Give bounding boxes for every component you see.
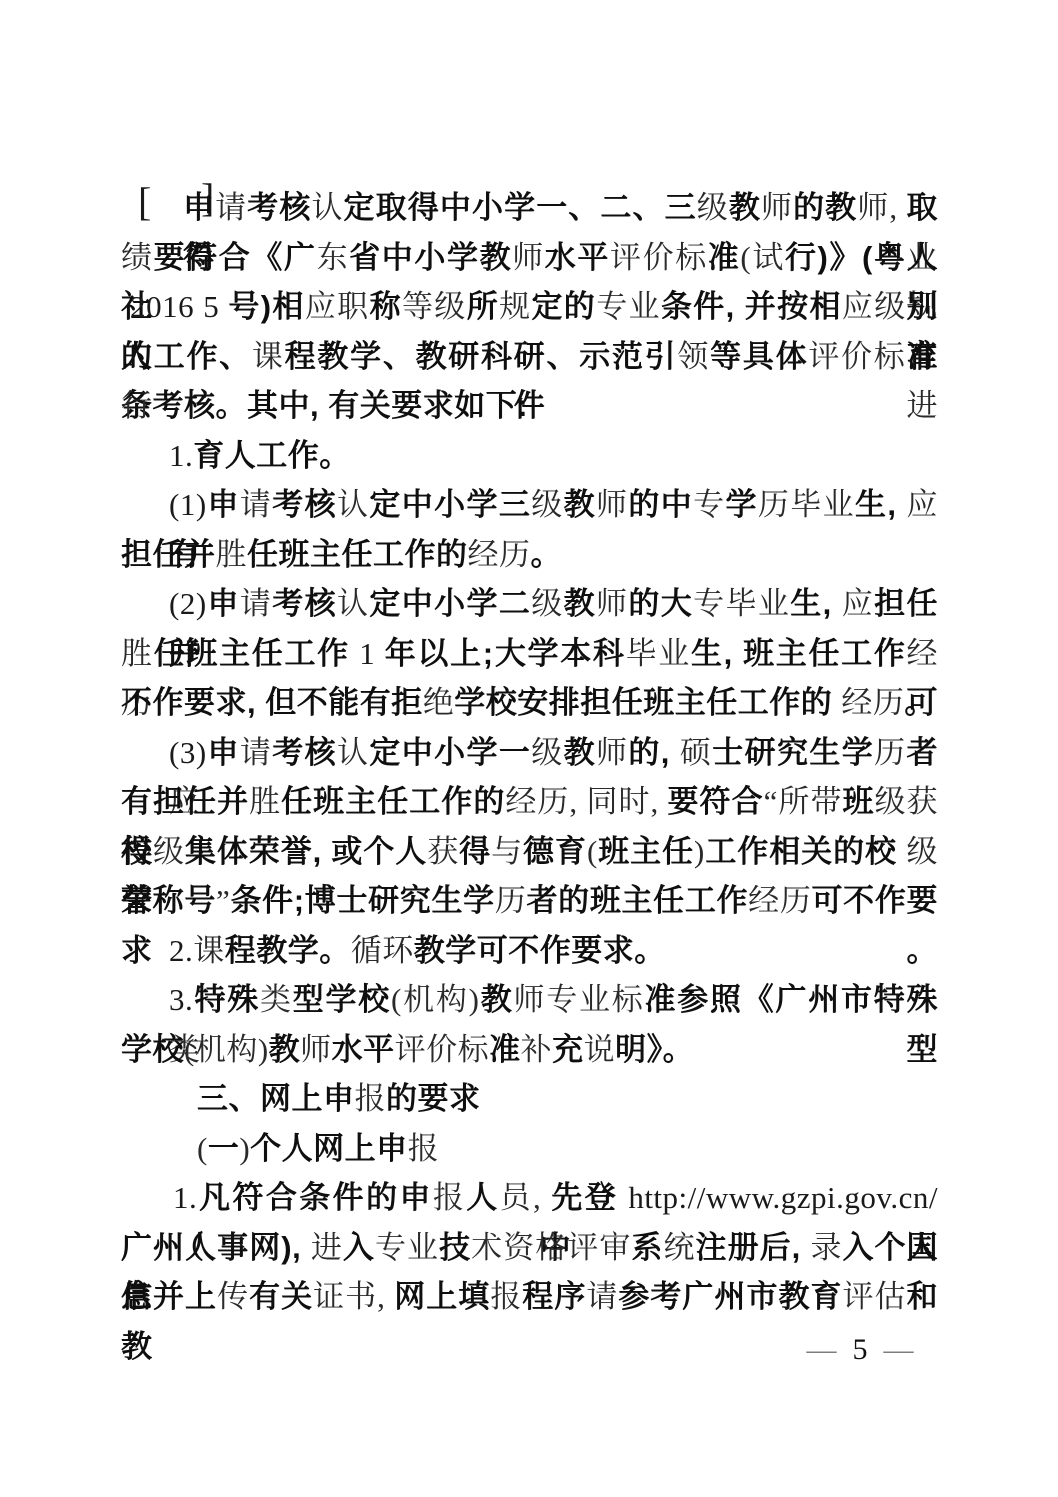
text-run: 行 (121, 388, 153, 423)
text-run: 教 (479, 982, 513, 1017)
text-line: 绩要符合《广东省中小学教师水平评价标准(试行)》(粤人社规 (121, 233, 938, 283)
text-run: 要符合 (668, 784, 764, 819)
text-run: 先登 (551, 1180, 618, 1215)
text-run: 申 (207, 487, 240, 522)
text-run: 绩 (121, 240, 154, 275)
text-run: 德育 (523, 834, 587, 869)
text-run: 水平 (545, 240, 610, 275)
text-run: 课 (252, 339, 285, 374)
text-run: 胜 (216, 537, 248, 572)
text-run: 有关 (249, 1279, 313, 1314)
text-run: 1. (173, 1180, 197, 1215)
text-run: 人 (466, 1180, 499, 1215)
text-run: (2) (169, 586, 207, 621)
text-line: (1)申请考核认定中小学三级教师的中专学历毕业生, 应有 (121, 480, 938, 530)
text-run: 誉称号 (121, 883, 216, 918)
text-run: 集体荣誉, 或个人 (185, 834, 427, 869)
text-run: 定中小学二 (369, 586, 531, 621)
text-run: (机构) (391, 982, 479, 1017)
text-line: 2016 5 号)相应职称等级所规定的专业条件, 并按相应级别的育 (121, 282, 938, 332)
text-run: 学校 (121, 1032, 184, 1067)
text-line: 三、网上申报的要求 (121, 1074, 938, 1124)
text-run: 师 (512, 240, 545, 275)
text-run: 请 (240, 487, 272, 522)
text-run: 类 (260, 982, 293, 1017)
text-run: 录 (810, 1230, 842, 1265)
text-line: 3.特殊类型学校(机构)教师专业标准参照《广州市特殊类型 (121, 975, 938, 1025)
text-line: (3)申请考核认定中小学一级教师的, 硕士研究生学历者应 (121, 728, 938, 778)
text-run: 准 (708, 240, 741, 275)
text-run: 应 (907, 487, 939, 522)
text-line: 校级集体荣誉, 或个人获得与德育(班主任)工作相关的校 级荣 (121, 827, 938, 877)
text-run: 年以上;大学本科 (385, 636, 626, 671)
text-run: ( (197, 1131, 208, 1166)
text-run: 网上填 (394, 1279, 490, 1314)
text-run: 东 (317, 240, 350, 275)
text-run: 有担任并 (121, 784, 249, 819)
text-run: 申 (207, 586, 240, 621)
text-run: 生, (855, 487, 906, 522)
text-run: 师 (596, 586, 628, 621)
text-run: (3) (169, 735, 207, 770)
text-run: 定取得中小学一、二、三 (344, 190, 697, 225)
text-run: 毕业 (626, 636, 691, 671)
text-run: 认 (337, 586, 369, 621)
text-run: 认 (337, 735, 369, 770)
text-run: 注册后, (696, 1230, 811, 1265)
text-run: 参考广州市教育 (618, 1279, 842, 1314)
text-run: 班主任 (598, 834, 694, 869)
text-run: 级 (531, 586, 563, 621)
text-run: (机构) (184, 1032, 269, 1067)
text-run: 教 (564, 735, 596, 770)
text-run: 评价标 (610, 240, 708, 275)
text-run: 班 (842, 784, 874, 819)
text-run: 2016 5 (121, 289, 228, 324)
text-run: 报 (355, 1081, 387, 1116)
text-run: 报 (408, 1131, 440, 1166)
text-run: 师, (857, 190, 906, 225)
text-line: 1.凡符合条件的申报人员, 先登 http://www.gzpi.gov.cn/… (121, 1173, 938, 1223)
text-run: 申 (207, 735, 240, 770)
text-run: 请 (586, 1279, 618, 1314)
text-run: 型 (907, 1032, 939, 1067)
text-run: 人工作、 (121, 339, 252, 374)
text-run: 称 (370, 289, 402, 324)
text-run: 认 (311, 190, 343, 225)
text-run: 任班主任工作的 (247, 537, 468, 572)
text-run: 应级 (842, 289, 907, 324)
text-run: 广州人事网), (121, 1230, 311, 1265)
text-run: 级 (153, 834, 185, 869)
text-line: 胜任班主任工作 1 年以上;大学本科毕业生, 班主任工作经历可 (121, 629, 938, 679)
text-line: 有担任并胜任班主任工作的经历, 同时, 要符合“所带班级获得 (121, 777, 938, 827)
text-run: 的教 (793, 190, 857, 225)
text-run: 进 (907, 388, 939, 423)
text-run: 级 (531, 487, 563, 522)
text-run: 系 (631, 1230, 663, 1265)
text-run: 师 (761, 190, 793, 225)
text-run: 任班主任工作的 (281, 784, 505, 819)
text-line: 广州人事网), 进入专业技术资格评审系统注册后, 录入个人信 (121, 1223, 938, 1273)
text-run: 报 (433, 1180, 466, 1215)
text-run: http://www.gzpi.gov.cn/ (618, 1180, 946, 1215)
text-run: 级 (697, 190, 729, 225)
text-run: 2. (169, 933, 193, 968)
text-run: 得 (459, 834, 491, 869)
text-run: 3. (169, 982, 193, 1017)
text-run: 。 (904, 685, 936, 720)
text-line: 誉称号”条件;博士研究生学历者的班主任工作经历可不作要求。 (121, 876, 938, 926)
text-run: 师 (596, 487, 628, 522)
text-run: 评估 (843, 1279, 907, 1314)
text-run: 入 (343, 1230, 375, 1265)
text-run: 师专业标 (513, 982, 644, 1017)
page-number: —5— (740, 1332, 980, 1368)
text-run: 领 (677, 339, 710, 374)
text-run: “所带 (764, 784, 843, 819)
text-run: 报 (490, 1279, 522, 1314)
text-run: 应 (842, 586, 874, 621)
text-run: 准参照《广州市特殊 (645, 982, 939, 1017)
text-run: 级 (531, 735, 563, 770)
text-run: 考核 (247, 190, 311, 225)
text-run: 胜 (121, 636, 154, 671)
text-run: 级获 (875, 784, 939, 819)
text-run: 证书, (313, 1279, 394, 1314)
text-run: 程教学。 (225, 933, 351, 968)
text-run: 要符合《广 (154, 240, 317, 275)
text-run: 补 (521, 1032, 553, 1067)
text-run: 的要求 (386, 1081, 481, 1116)
text-run: 评价标 (808, 339, 906, 374)
text-run: 考核 (272, 487, 337, 522)
text-run: (试 (740, 240, 785, 275)
text-run: 师 (596, 735, 628, 770)
text-run: 凡符合条件的申 (197, 1180, 433, 1215)
text-run: 专 (693, 487, 725, 522)
text-run: 申 (183, 190, 215, 225)
text-run: 教 (729, 190, 761, 225)
text-run: 请 (240, 586, 272, 621)
text-run: 师 (300, 1032, 332, 1067)
text-run: 绝 (423, 685, 455, 720)
text-run: 等具体 (710, 339, 808, 374)
text-run: 说 (584, 1032, 616, 1067)
text-run: 经历 (841, 685, 904, 720)
text-run: 硕 (680, 735, 712, 770)
text-run: 等级 (402, 289, 467, 324)
text-run: 者 (907, 735, 939, 770)
text-run: ” (216, 883, 230, 918)
text-run: 条件;博士研究生学 (230, 883, 495, 918)
text-run: 请 (240, 735, 272, 770)
text-run: 程教学、教研科研、示范引 (285, 339, 678, 374)
text-run: ) (239, 1131, 250, 1166)
text-run: 学 (726, 487, 758, 522)
text-run: 程序 (522, 1279, 586, 1314)
text-run: 历毕业 (758, 487, 855, 522)
text-run: 士研究生学 (712, 735, 874, 770)
text-run: 教 (269, 1032, 301, 1067)
text-run: 请 (215, 190, 247, 225)
text-run: 考核 (272, 735, 337, 770)
text-line: (2)申请考核认定中小学二级教师的大专毕业生, 应担任并 (121, 579, 938, 629)
text-run: 进 (311, 1230, 343, 1265)
text-run: 考核。其中, 有关要求如下: (153, 388, 529, 423)
text-run: 特殊 (193, 982, 260, 1017)
text-run: 工作相关的校 (705, 834, 907, 869)
text-run: 评价标 (395, 1032, 490, 1067)
document-body: 申请考核认定取得中小学一、二、三级教师的教师, 取得业绩要符合《广东省中小学教师… (121, 183, 938, 1322)
text-run: 胜 (249, 784, 281, 819)
text-line: 息并上传有关证书, 网上填报程序请参考广州市教育评估和教 (121, 1272, 938, 1322)
page-number-dash-right: — (884, 1333, 914, 1366)
text-run: (1) (169, 487, 207, 522)
text-run: 校 (121, 834, 153, 869)
text-run: 定中小学三 (369, 487, 531, 522)
text-run: 担任并 (121, 537, 216, 572)
text-run: ( (587, 834, 598, 869)
text-run: 准 (489, 1032, 521, 1067)
text-run: 级 (907, 834, 939, 869)
text-run: 应职 (305, 289, 370, 324)
text-run: 术资格评审 (471, 1230, 631, 1265)
text-run: 与 (491, 834, 523, 869)
text-line: (一)个人网上申报 (121, 1124, 938, 1174)
text-run: 的大 (628, 586, 693, 621)
text-run: 教 (564, 487, 596, 522)
text-run: 获 (427, 834, 459, 869)
text-run: 统 (663, 1230, 695, 1265)
text-run: 学校安排担任班主任工作的 (454, 685, 841, 720)
text-run: 定的 (531, 289, 596, 324)
text-run: 历 (495, 883, 527, 918)
text-run: 定中小学一 (369, 735, 531, 770)
text-run: 者的班主任工作 (526, 883, 748, 918)
text-run: 教 (564, 586, 596, 621)
text-run: 生, (790, 586, 841, 621)
text-run: 专业 (596, 289, 661, 324)
text-run: 不作要求, 但不能有拒 (121, 685, 423, 720)
text-run: 1. (169, 438, 193, 473)
text-line: 担任并胜任班主任工作的经历。 (121, 530, 938, 580)
text-run: 充 (552, 1032, 584, 1067)
text-run: 专业 (375, 1230, 439, 1265)
text-run: 技 (439, 1230, 471, 1265)
text-run: 课 (193, 933, 225, 968)
text-run: 1 (350, 636, 385, 671)
text-run: 历 (874, 735, 906, 770)
text-line: 不作要求, 但不能有拒绝学校安排担任班主任工作的 经历。 (121, 678, 938, 728)
text-run: 水平 (332, 1032, 395, 1067)
text-run: 个人网上申 (250, 1131, 408, 1166)
text-line: 申请考核认定取得中小学一、二、三级教师的教师, 取得业 (121, 183, 938, 233)
text-run: 三、网上申 (197, 1081, 355, 1116)
text-run: 的, (628, 735, 679, 770)
text-run: 息并上 (121, 1279, 217, 1314)
text-run: 教学可不作要求。 (414, 933, 666, 968)
text-run: 型学校 (293, 982, 391, 1017)
text-run: 号)相 (228, 289, 304, 324)
text-run: 专毕业 (693, 586, 790, 621)
text-run: 传 (217, 1279, 249, 1314)
text-run: 条件, 并按相 (661, 289, 842, 324)
text-run: 省中小学教 (349, 240, 512, 275)
text-line: 1.育人工作。 (121, 431, 938, 481)
text-run: 明》。 (615, 1032, 694, 1067)
text-run: 经历 (468, 537, 531, 572)
text-run: 的中 (628, 487, 693, 522)
text-run: 考核 (272, 586, 337, 621)
page-number-dash-left: — (807, 1333, 837, 1366)
text-run: 。 (531, 537, 563, 572)
text-run: 育人工作。 (193, 438, 351, 473)
document-page: [ ] 申请考核认定取得中小学一、二、三级教师的教师, 取得业绩要符合《广东省中… (0, 0, 1058, 1497)
text-run: 经历, 同时, (505, 784, 667, 819)
text-run: 员, (500, 1180, 552, 1215)
text-run: 经历 (748, 883, 811, 918)
text-run: 认 (337, 487, 369, 522)
text-run: 任班主任工作 (154, 636, 350, 671)
page-number-value: 5 (853, 1333, 868, 1366)
text-run: 生, 班主任工作 (691, 636, 907, 671)
text-run: 规 (499, 289, 531, 324)
text-run: ) (694, 834, 705, 869)
text-run: 所 (467, 289, 499, 324)
text-run: 循环 (351, 933, 414, 968)
text-line: 人工作、课程教学、教研科研、示范引领等具体评价标准条件进 (121, 332, 938, 382)
text-run: 一 (208, 1131, 240, 1166)
